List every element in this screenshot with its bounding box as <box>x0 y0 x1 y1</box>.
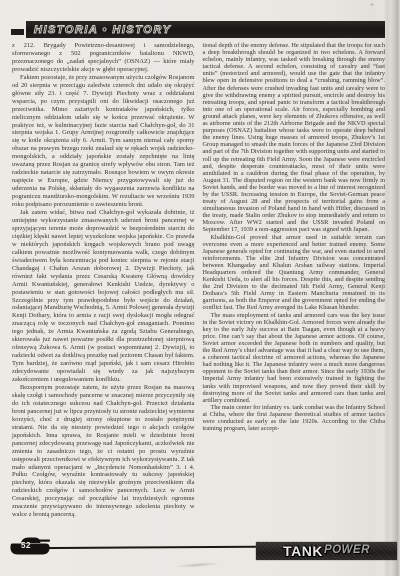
paragraph: The main center for infantry vs. tank co… <box>203 404 386 432</box>
tankpower-logo: TANKPOWER <box>256 542 397 560</box>
paragraph: Jak zatem widać, bitwa nad Chałchyn-goł … <box>12 209 195 384</box>
tankpower-logo-power-text: POWER <box>324 545 370 557</box>
scanned-page: + HISTORIA • HISTORY z 212. Brygady Powi… <box>0 0 400 576</box>
article-column-english: tional depth of the enemy defense. He st… <box>203 42 386 536</box>
scan-smudge <box>175 561 220 568</box>
scan-artifact-mark: + <box>370 1 374 9</box>
section-header-banner: HISTORIA • HISTORY <box>26 21 385 38</box>
tankpower-logo-tank-text: TANK <box>283 544 323 558</box>
article-body: z 212. Brygady Powietrzno-desantowej i s… <box>12 42 385 536</box>
section-title: HISTORIA • HISTORY <box>34 24 171 36</box>
paragraph: Faktem pozostaje, że przy zmasowanym uży… <box>12 74 195 209</box>
banner-left-notch <box>11 29 24 35</box>
paragraph: z 212. Brygady Powietrzno-desantowej i s… <box>12 42 195 74</box>
page-number: 52 <box>9 541 43 550</box>
page-edge-shadow <box>383 0 400 576</box>
paragraph: tional depth of the enemy defense. He st… <box>203 42 386 234</box>
paragraph: The mass employment of tanks and armored… <box>203 312 386 404</box>
paragraph: Khalkhin-Gol proved that armor used in s… <box>203 234 386 312</box>
paragraph: Bezspornym pozostaje zatem, że użyte prz… <box>12 384 195 519</box>
article-column-polish: z 212. Brygady Powietrzno-desantowej i s… <box>12 42 195 536</box>
